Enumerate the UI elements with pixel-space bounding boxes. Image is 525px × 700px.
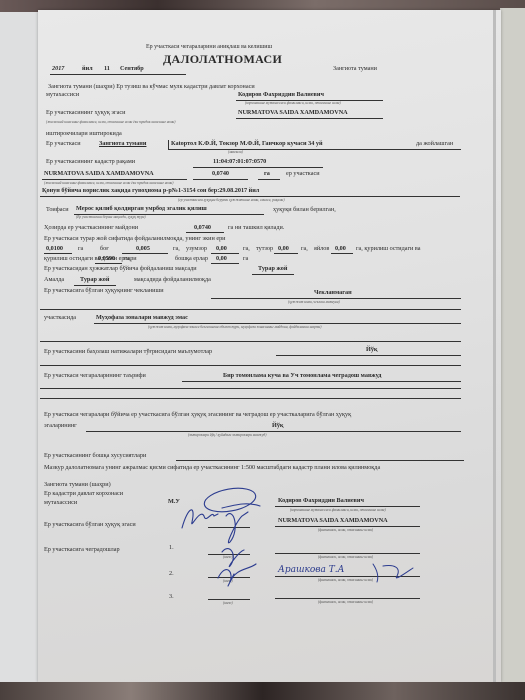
- boundary-label: Ер участкаси чегараларининг таърифи: [44, 373, 146, 379]
- purpose-doc: Турар жой: [258, 266, 287, 272]
- land-built: 0,0590: [98, 256, 115, 262]
- land-vineyard-label: узумзор: [186, 246, 207, 252]
- background-bottom: [0, 682, 525, 700]
- date-month: Сентябр: [120, 66, 144, 72]
- land-unit-4: га,: [301, 246, 308, 252]
- land-pasture: 0,00: [335, 246, 346, 252]
- neighbor-1-caption: (фамилияси, исми, отасининг исми): [318, 556, 373, 560]
- purpose-doc-label: Ер участкасидан ҳужжатлар бўйича фойдала…: [44, 266, 197, 272]
- other-features-underline: [176, 460, 464, 461]
- owner-caption: (жисмоний шахснинг фамилияси, исми, отас…: [46, 121, 175, 125]
- document-line: Қонун бўйича ворислик хақида гувоҳнома р…: [42, 188, 259, 194]
- district: Зангиота тумани: [99, 141, 146, 147]
- land-other-label: бошқа ерлар: [175, 256, 208, 262]
- protect-label: участкасида: [44, 315, 76, 321]
- land-mulberry-underline: [274, 253, 298, 254]
- area-value: 0,0740: [212, 171, 229, 177]
- owner-name: NURMATOVA SAIDA XAMDAMOVNA: [238, 110, 348, 116]
- neighbor-1-num: 1.: [169, 545, 174, 551]
- presence-label: иштирокчилари иштирокида: [46, 131, 122, 137]
- area-unit: га: [264, 171, 270, 177]
- dispute-label: Ер участкаси чегаралари бўйича ер участк…: [44, 412, 351, 418]
- sign-org-2: Ер кадастри давлат корхонаси: [44, 491, 123, 497]
- right-type: Мерос қилиб қолдирган умрбод эгалик қили…: [76, 206, 207, 212]
- date-year: 2017: [52, 66, 64, 72]
- owner-caption-2: (жисмоний шахснинг фамилияси, исми, отас…: [44, 182, 173, 186]
- land-vineyard-underline: [211, 253, 239, 254]
- date-day: 11: [104, 66, 110, 72]
- right-prefix: Тоифаси: [46, 207, 69, 213]
- land-other-underline: [211, 263, 239, 264]
- restriction-label: Ер участкасига бўлган ҳуқуқнинг чекланиш…: [44, 288, 164, 294]
- boundary-underline: [182, 381, 461, 382]
- land-other: 0,00: [216, 256, 227, 262]
- land-unit-5: га,: [124, 256, 131, 262]
- land-unit-3: га,: [243, 246, 250, 252]
- dispute-label-2: эгаларининг: [44, 423, 77, 429]
- document-page: Ер участкаси чегараларини аниқлаш ва кел…: [38, 10, 501, 682]
- valuation: Йўқ: [366, 347, 377, 353]
- owner-underline: [236, 118, 383, 119]
- neighbors-label: Ер участкасига чеградошлар: [44, 547, 120, 553]
- valuation-underline: [276, 355, 461, 356]
- right-suffix: ҳуқуқи билан берилган,: [273, 207, 336, 213]
- heading-small: Ер участкаси чегараларини аниқлаш ва кел…: [146, 44, 272, 50]
- land-unit-2: га,: [173, 246, 180, 252]
- restriction-rule: [40, 309, 461, 310]
- area-unit-underline: [258, 179, 280, 180]
- neighbor-3-num: 3.: [169, 594, 174, 600]
- org-line: Зангиота тумани (шаҳри) Ер тузиш ва кўчм…: [48, 84, 255, 90]
- boundary-rule-2: [40, 398, 461, 399]
- specialist-caption: (корхонанинг мутахассиси фамилияси, исми…: [245, 102, 341, 106]
- land-mulberry: 0,00: [278, 246, 289, 252]
- sign-org-1: Зангиота тумани (шаҳри): [44, 482, 111, 488]
- dispute: Йўқ: [272, 423, 283, 429]
- purpose-doc-underline: [252, 274, 294, 275]
- neighbor-2-num: 2.: [169, 571, 174, 577]
- land-mulberry-label: тутзор: [256, 246, 273, 252]
- specialist-name: Кодиров Фахриддин Валиевич: [238, 92, 324, 98]
- sign-owner-label: Ер участкасига бўлган ҳуқуқ эгаси: [44, 522, 136, 528]
- neighbor-3-signature-line: [208, 599, 250, 600]
- land-vineyard: 0,00: [216, 246, 227, 252]
- total-area-suffix: га ни ташкил қилади.: [228, 225, 284, 231]
- cadastre-number: 11:04:07:01:07:0570: [213, 159, 266, 165]
- neighbor-2-signature: [313, 562, 423, 584]
- land-garden-label: боғ: [100, 246, 109, 252]
- purpose-actual-suffix: мақсадида фойдаланилмоқда: [134, 277, 211, 283]
- owner-name-2: NURMATOVA SAIDA XAMDAMOVNA: [44, 171, 154, 177]
- located-label: да жойлашган: [416, 141, 453, 147]
- land-pasture-underline: [331, 253, 353, 254]
- area-underline: [193, 179, 248, 180]
- address: Кatортол К.Ф.Й, Токзор М.Ф.Й, Ганчкор ку…: [171, 141, 323, 147]
- protect-rule: [40, 341, 461, 342]
- land-unit-6: га: [243, 256, 248, 262]
- area-suffix: ер участкаси: [286, 171, 320, 177]
- address-caption: (манзили): [228, 151, 243, 155]
- sign-owner: NURMATOVA SAIDA XAMDAMOVNA: [278, 518, 388, 524]
- land-built-underline: [95, 263, 122, 264]
- cadastre-label: Ер участкасининг кадастр рақами: [46, 159, 135, 165]
- owner-label: Ер участкасининг ҳуқуқ эгаси: [46, 110, 125, 116]
- protect-value: Муҳофаза зоналари мавжуд эмас: [96, 315, 188, 321]
- valuation-label: Ер участкасини баҳолаш натижалари тўғрис…: [44, 349, 212, 355]
- total-area-prefix: Ҳозирда ер участкасининг майдони: [44, 225, 138, 231]
- dispute-caption: (эътирозлари йўқ / қуйидаги эътирозлари …: [188, 434, 266, 438]
- other-features-label: Ер участкасининг бошқа хусусиятлари: [44, 453, 146, 459]
- page-stack-edge: [500, 8, 525, 684]
- sign-specialist-caption: (корхонанинг мутахассиси фамилияси, исми…: [290, 509, 386, 513]
- land-arable: 0,0100: [46, 246, 63, 252]
- address-underline: [168, 149, 461, 150]
- neighbor-3-sign-caption: (имзо): [223, 602, 233, 606]
- land-arable-underline: [44, 253, 72, 254]
- address-bracket: [168, 140, 169, 150]
- restriction: Чекланмаган: [314, 290, 352, 296]
- purpose-actual-prefix: Амалда: [44, 277, 64, 283]
- place: Зангиота тумани: [333, 66, 377, 72]
- dispute-underline: [86, 431, 461, 432]
- location-label: Ер участкаси: [46, 141, 81, 147]
- valuation-rule: [40, 365, 461, 366]
- land-garden-underline: [122, 253, 168, 254]
- specialist-label: мутахассиси: [46, 92, 79, 98]
- date-underline: [50, 74, 186, 75]
- sign-org-3: мутахассиси: [44, 500, 77, 506]
- right-caption: (Ер участкасини бериш мақсади, ҳуқуқ тур…: [76, 216, 146, 220]
- total-area-underline: [186, 232, 224, 233]
- sign-owner-caption: (фамилияси, исми, отасининг исми): [318, 529, 373, 533]
- protect-caption: (ҳужжат номи, муҳофаза зонаси белгиланга…: [148, 326, 322, 330]
- page-edge: [493, 10, 496, 682]
- usage-intro: Ер участкаси турар жой сифатида фойдалан…: [44, 236, 225, 242]
- purpose-actual: Турар жой: [80, 277, 109, 283]
- document-title: ДАЛОЛАТНОМАСИ: [163, 53, 282, 65]
- date-year-label: йил: [82, 66, 93, 72]
- document-caption: (ер участкасига ҳуқуқни берувчи ҳужжатни…: [178, 199, 285, 203]
- total-area: 0,0740: [194, 225, 211, 231]
- signature-scribbles: [178, 486, 268, 596]
- boundary-rule: [40, 388, 461, 389]
- land-garden: 0,005: [136, 246, 150, 252]
- restriction-caption: (ҳужжат номи, чеклаш мазмуни): [288, 301, 340, 305]
- land-built-label: қурилиш остидаги ва ҳовли ерлари: [44, 256, 137, 262]
- sign-specialist: Кодиров Фахриддин Валиевич: [278, 498, 364, 504]
- boundary: Бир томонлама куча ва Уч томонлама чегра…: [223, 373, 381, 379]
- neighbor-3-caption: (фамилияси, исми, отасининг исми): [318, 601, 373, 605]
- attachment: Мазкур далолатномага унинг ажралмас қисм…: [44, 465, 380, 471]
- land-pasture-label: яйлов: [314, 246, 329, 252]
- cadastre-underline: [193, 167, 323, 168]
- land-tail: га, қурилиш остидаги ва: [356, 246, 420, 252]
- land-unit-1: га: [78, 246, 83, 252]
